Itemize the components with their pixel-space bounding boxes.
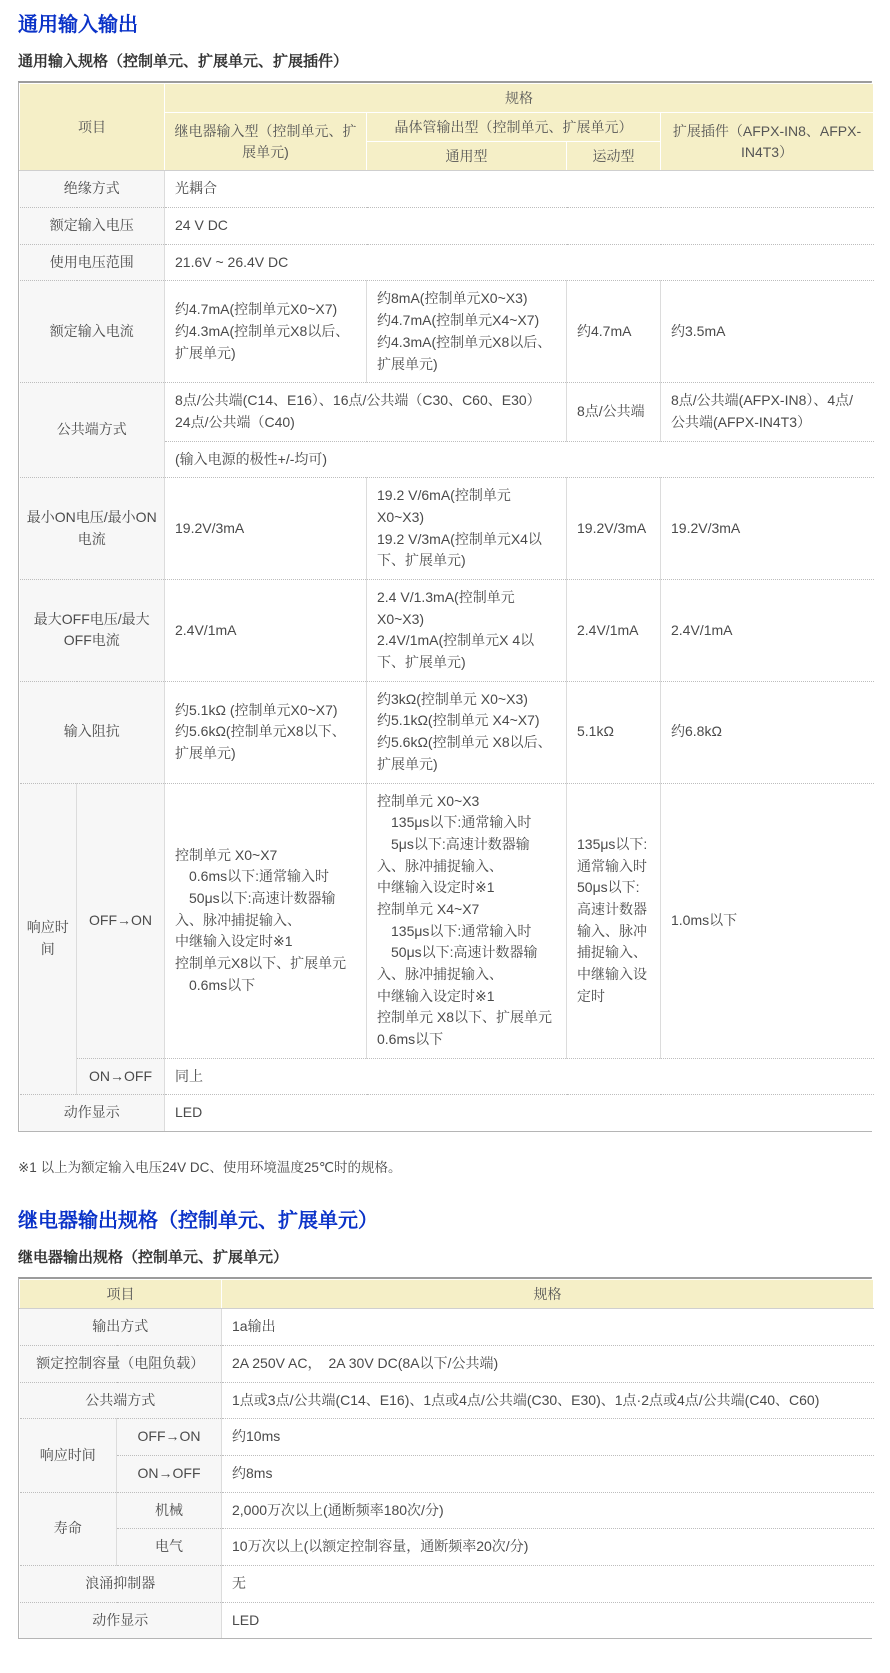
max-off-cassette: 2.4V/1mA xyxy=(661,580,874,682)
rated-voltage-value: 24 V DC xyxy=(165,208,874,245)
section2-subtitle: 继电器输出规格（控制单元、扩展单元） xyxy=(18,1248,872,1268)
rated-current-motion: 约4.7mA xyxy=(567,281,661,383)
row-surge-suppressor: 浪涌抑制器 无 xyxy=(20,1566,874,1603)
rated-voltage-label: 额定输入电压 xyxy=(20,208,165,245)
relay-output-spec-table: 项目 规格 输出方式 1a输出 额定控制容量（电阻负载） 2A 250V AC，… xyxy=(19,1279,874,1638)
max-off-motion: 2.4V/1mA xyxy=(567,580,661,682)
insulation-value: 光耦合 xyxy=(165,171,874,208)
t2-operation-display-label: 动作显示 xyxy=(20,1602,222,1638)
min-on-motion: 19.2V/3mA xyxy=(567,478,661,580)
row-output-type: 输出方式 1a输出 xyxy=(20,1309,874,1346)
section1-subtitle: 通用输入规格（控制单元、扩展单元、扩展插件） xyxy=(18,52,872,72)
voltage-range-label: 使用电压范围 xyxy=(20,244,165,281)
row-life-electrical: 电气 10万次以上(以额定控制容量，通断频率20次/分) xyxy=(20,1529,874,1566)
surge-suppressor-value: 无 xyxy=(222,1566,874,1603)
response-time-label: 响应时间 xyxy=(20,783,77,1095)
output-type-value: 1a输出 xyxy=(222,1309,874,1346)
header-motion-type: 运动型 xyxy=(567,142,661,171)
t2-common-terminal-label: 公共端方式 xyxy=(20,1382,222,1419)
control-capacity-label: 额定控制容量（电阻负载） xyxy=(20,1345,222,1382)
row-rated-voltage: 额定输入电压 24 V DC xyxy=(20,208,874,245)
output-type-label: 输出方式 xyxy=(20,1309,222,1346)
row-life-mechanical: 寿命 机械 2,000万次以上(通断频率180次/分) xyxy=(20,1492,874,1529)
common-terminal-cassette: 8点/公共端(AFPX-IN8）、4点/公共端(AFPX-IN4T3） xyxy=(661,383,874,441)
row-t2-operation-display: 动作显示 LED xyxy=(20,1602,874,1638)
insulation-label: 绝缘方式 xyxy=(20,171,165,208)
max-off-label: 最大OFF电压/最大OFF电流 xyxy=(20,580,165,682)
common-terminal-relay-general: 8点/公共端(C14、E16）、16点/公共端（C30、C60、E30）24点/… xyxy=(165,383,567,441)
row-t2-response-off-on: 响应时间 OFF→ON 约10ms xyxy=(20,1419,874,1456)
max-off-general: 2.4 V/1.3mA(控制单元X0~X3) 2.4V/1mA(控制单元X 4以… xyxy=(367,580,567,682)
rated-current-cassette: 约3.5mA xyxy=(661,281,874,383)
header-transistor-output-type: 晶体管输出型（控制单元、扩展单元） xyxy=(367,112,661,141)
row-min-on: 最小ON电压/最小ON电流 19.2V/3mA 19.2 V/6mA(控制单元X… xyxy=(20,478,874,580)
t2-response-off-on-label: OFF→ON xyxy=(117,1419,222,1456)
row-max-off: 最大OFF电压/最大OFF电流 2.4V/1mA 2.4 V/1.3mA(控制单… xyxy=(20,580,874,682)
row-control-capacity: 额定控制容量（电阻负载） 2A 250V AC， 2A 30V DC(8A以下/… xyxy=(20,1345,874,1382)
common-terminal-polarity-note: (输入电源的极性+/-均可) xyxy=(165,441,874,478)
rated-current-label: 额定输入电流 xyxy=(20,281,165,383)
section1-title: 通用输入输出 xyxy=(18,12,872,38)
impedance-cassette: 约6.8kΩ xyxy=(661,681,874,783)
row-operation-display: 动作显示 LED xyxy=(20,1095,874,1131)
row-insulation: 绝缘方式 光耦合 xyxy=(20,171,874,208)
row-impedance: 输入阻抗 约5.1kΩ (控制单元X0~X7) 约5.6kΩ(控制单元X8以下、… xyxy=(20,681,874,783)
relay-output-spec-table-wrap: 项目 规格 输出方式 1a输出 额定控制容量（电阻负载） 2A 250V AC，… xyxy=(18,1277,872,1639)
row-voltage-range: 使用电压范围 21.6V ~ 26.4V DC xyxy=(20,244,874,281)
min-on-general: 19.2 V/6mA(控制单元X0~X3) 19.2 V/3mA(控制单元X4以… xyxy=(367,478,567,580)
header-relay-input-type: 继电器输入型（控制单元、扩展单元) xyxy=(165,112,367,171)
min-on-relay: 19.2V/3mA xyxy=(165,478,367,580)
t2-response-on-off-label: ON→OFF xyxy=(117,1455,222,1492)
page: 通用输入输出 通用输入规格（控制单元、扩展单元、扩展插件） 项目 规格 继电器输… xyxy=(0,0,890,1673)
row-response-on-off: ON→OFF 同上 xyxy=(20,1058,874,1095)
common-terminal-label: 公共端方式 xyxy=(20,383,165,478)
rated-current-general: 约8mA(控制单元X0~X3) 约4.7mA(控制单元X4~X7) 约4.3mA… xyxy=(367,281,567,383)
response-on-off-value: 同上 xyxy=(165,1058,874,1095)
response-off-on-general: 控制单元 X0~X3 135μs以下:通常输入时 5μs以下:高速计数器输入、脉… xyxy=(367,783,567,1058)
impedance-general: 约3kΩ(控制单元 X0~X3) 约5.1kΩ(控制单元 X4~X7) 约5.6… xyxy=(367,681,567,783)
row-common-terminal: 公共端方式 8点/公共端(C14、E16）、16点/公共端（C30、C60、E3… xyxy=(20,383,874,441)
footnote: ※1 以上为额定输入电压24V DC、使用环境温度25℃时的规格。 xyxy=(18,1158,872,1178)
header-item: 项目 xyxy=(20,83,165,171)
row-t2-response-on-off: ON→OFF 约8ms xyxy=(20,1455,874,1492)
life-electrical-label: 电气 xyxy=(117,1529,222,1566)
common-terminal-motion: 8点/公共端 xyxy=(567,383,661,441)
operation-display-label: 动作显示 xyxy=(20,1095,165,1131)
rated-current-relay: 约4.7mA(控制单元X0~X7) 约4.3mA(控制单元X8以后、扩展单元) xyxy=(165,281,367,383)
row-rated-current: 额定输入电流 约4.7mA(控制单元X0~X7) 约4.3mA(控制单元X8以后… xyxy=(20,281,874,383)
response-on-off-label: ON→OFF xyxy=(77,1058,165,1095)
header-general-type: 通用型 xyxy=(367,142,567,171)
general-input-spec-table-wrap: 项目 规格 继电器输入型（控制单元、扩展单元) 晶体管输出型（控制单元、扩展单元… xyxy=(18,81,872,1133)
impedance-motion: 5.1kΩ xyxy=(567,681,661,783)
life-mechanical-value: 2,000万次以上(通断频率180次/分) xyxy=(222,1492,874,1529)
section2-title: 继电器输出规格（控制单元、扩展单元） xyxy=(18,1208,872,1234)
life-mechanical-label: 机械 xyxy=(117,1492,222,1529)
response-off-on-motion: 135μs以下: 通常输入时 50μs以下: 高速计数器输入、脉冲捕捉输入、中继… xyxy=(567,783,661,1058)
row-t2-common-terminal: 公共端方式 1点或3点/公共端(C14、E16)、1点或4点/公共端(C30、E… xyxy=(20,1382,874,1419)
t2-response-time-label: 响应时间 xyxy=(20,1419,117,1492)
surge-suppressor-label: 浪涌抑制器 xyxy=(20,1566,222,1603)
header-spec: 规格 xyxy=(165,83,874,112)
header-expansion-cassette: 扩展插件（AFPX-IN8、AFPX-IN4T3） xyxy=(661,112,874,171)
min-on-label: 最小ON电压/最小ON电流 xyxy=(20,478,165,580)
max-off-relay: 2.4V/1mA xyxy=(165,580,367,682)
t2-response-off-on-value: 约10ms xyxy=(222,1419,874,1456)
control-capacity-value: 2A 250V AC， 2A 30V DC(8A以下/公共端) xyxy=(222,1345,874,1382)
t2-header-spec: 规格 xyxy=(222,1279,874,1308)
response-off-on-label: OFF→ON xyxy=(77,783,165,1058)
voltage-range-value: 21.6V ~ 26.4V DC xyxy=(165,244,874,281)
min-on-cassette: 19.2V/3mA xyxy=(661,478,874,580)
t2-common-terminal-value: 1点或3点/公共端(C14、E16)、1点或4点/公共端(C30、E30)、1点… xyxy=(222,1382,874,1419)
row-response-off-on: 响应时间 OFF→ON 控制单元 X0~X7 0.6ms以下:通常输入时 50μ… xyxy=(20,783,874,1058)
t2-header-item: 项目 xyxy=(20,1279,222,1308)
general-input-spec-table: 项目 规格 继电器输入型（控制单元、扩展单元) 晶体管输出型（控制单元、扩展单元… xyxy=(19,83,874,1132)
t2-operation-display-value: LED xyxy=(222,1602,874,1638)
life-label: 寿命 xyxy=(20,1492,117,1565)
life-electrical-value: 10万次以上(以额定控制容量，通断频率20次/分) xyxy=(222,1529,874,1566)
operation-display-value: LED xyxy=(165,1095,874,1131)
impedance-relay: 约5.1kΩ (控制单元X0~X7) 约5.6kΩ(控制单元X8以下、扩展单元) xyxy=(165,681,367,783)
response-off-on-relay: 控制单元 X0~X7 0.6ms以下:通常输入时 50μs以下:高速计数器输入、… xyxy=(165,783,367,1058)
t2-response-on-off-value: 约8ms xyxy=(222,1455,874,1492)
response-off-on-cassette: 1.0ms以下 xyxy=(661,783,874,1058)
impedance-label: 输入阻抗 xyxy=(20,681,165,783)
